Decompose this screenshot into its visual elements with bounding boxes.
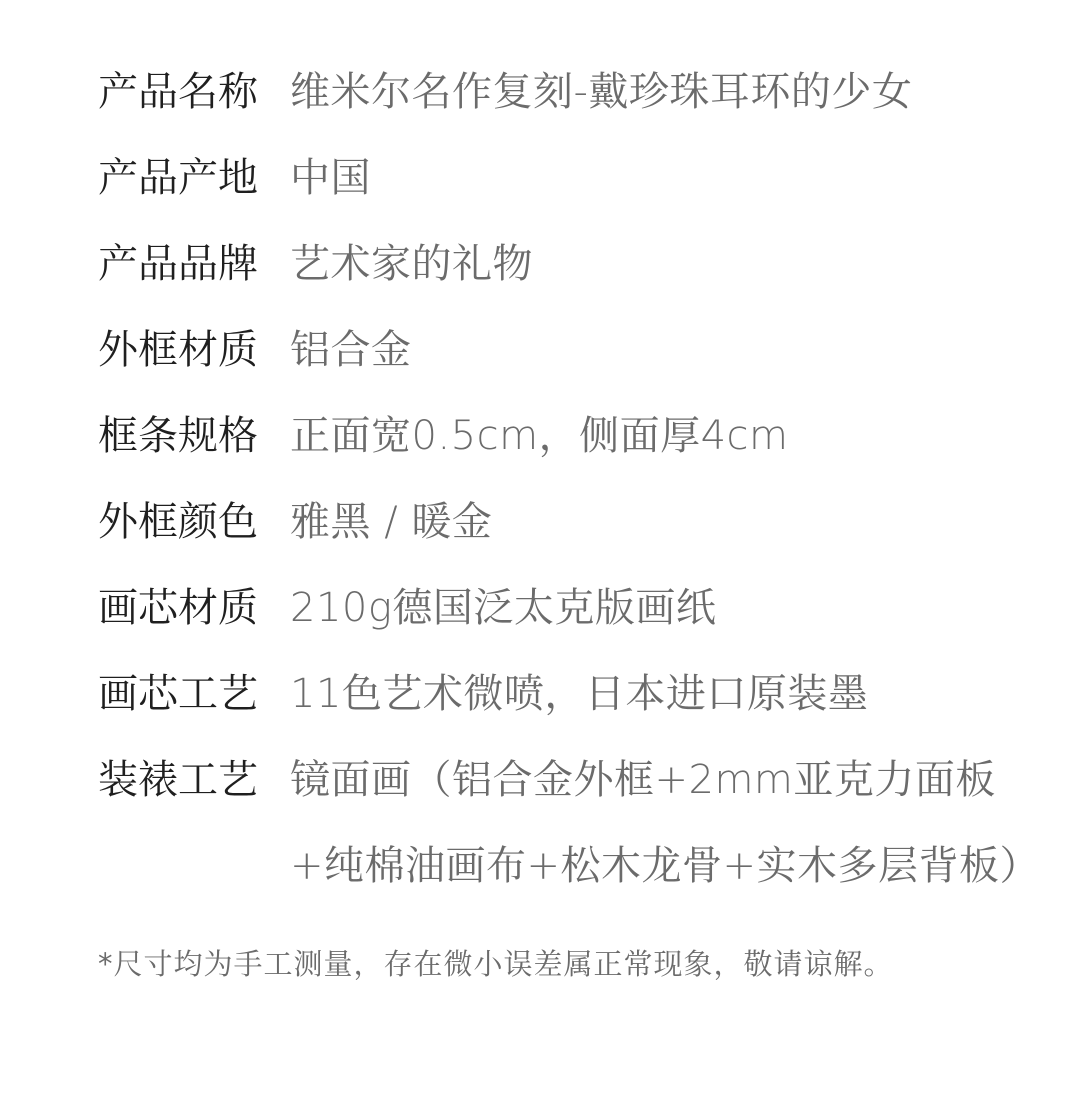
spec-value-line: +纯棉油画布+松木龙骨+实木多层背板） <box>290 838 1040 894</box>
spec-row-frame-spec: 框条规格 正面宽0.5cm，侧面厚4cm <box>98 408 1038 494</box>
spec-value: 雅黑 / 暖金 <box>290 494 1038 550</box>
spec-value: 正面宽0.5cm，侧面厚4cm <box>290 408 1038 464</box>
spec-label: 外框材质 <box>98 322 290 378</box>
spec-row-frame-material: 外框材质 铝合金 <box>98 322 1038 408</box>
spec-value: 艺术家的礼物 <box>290 236 1038 292</box>
spec-label: 产品产地 <box>98 150 290 206</box>
spec-value: 210g德国泛太克版画纸 <box>290 580 1038 636</box>
product-spec-table: 产品名称 维米尔名作复刻-戴珍珠耳环的少女 产品产地 中国 产品品牌 艺术家的礼… <box>98 64 1038 894</box>
spec-value-line: 镜面画（铝合金外框+2mm亚克力面板 <box>290 752 1040 808</box>
spec-value-line: 维米尔名作复刻-戴珍珠耳环的少女 <box>290 64 1038 120</box>
spec-value: 镜面画（铝合金外框+2mm亚克力面板 +纯棉油画布+松木龙骨+实木多层背板） <box>290 752 1040 894</box>
spec-label: 框条规格 <box>98 408 290 464</box>
spec-label: 画芯材质 <box>98 580 290 636</box>
spec-label: 产品名称 <box>98 64 290 120</box>
spec-value: 铝合金 <box>290 322 1038 378</box>
spec-value-line: 雅黑 / 暖金 <box>290 494 1038 550</box>
spec-row-origin: 产品产地 中国 <box>98 150 1038 236</box>
spec-value-line: 210g德国泛太克版画纸 <box>290 580 1038 636</box>
spec-row-mounting-process: 装裱工艺 镜面画（铝合金外框+2mm亚克力面板 +纯棉油画布+松木龙骨+实木多层… <box>98 752 1038 894</box>
spec-label: 画芯工艺 <box>98 666 290 722</box>
spec-value-line: 铝合金 <box>290 322 1038 378</box>
spec-value-line: 艺术家的礼物 <box>290 236 1038 292</box>
spec-label: 外框颜色 <box>98 494 290 550</box>
spec-value: 维米尔名作复刻-戴珍珠耳环的少女 <box>290 64 1038 120</box>
spec-row-brand: 产品品牌 艺术家的礼物 <box>98 236 1038 322</box>
spec-label: 产品品牌 <box>98 236 290 292</box>
spec-value-line: 中国 <box>290 150 1038 206</box>
measurement-disclaimer: *尺寸均为手工测量，存在微小误差属正常现象，敬请谅解。 <box>98 944 894 984</box>
spec-value: 中国 <box>290 150 1038 206</box>
spec-row-frame-color: 外框颜色 雅黑 / 暖金 <box>98 494 1038 580</box>
spec-value-line: 11色艺术微喷，日本进口原装墨 <box>290 666 1038 722</box>
spec-value: 11色艺术微喷，日本进口原装墨 <box>290 666 1038 722</box>
spec-label: 装裱工艺 <box>98 752 290 808</box>
spec-row-core-process: 画芯工艺 11色艺术微喷，日本进口原装墨 <box>98 666 1038 752</box>
spec-row-product-name: 产品名称 维米尔名作复刻-戴珍珠耳环的少女 <box>98 64 1038 150</box>
spec-row-core-material: 画芯材质 210g德国泛太克版画纸 <box>98 580 1038 666</box>
spec-value-line: 正面宽0.5cm，侧面厚4cm <box>290 408 1038 464</box>
